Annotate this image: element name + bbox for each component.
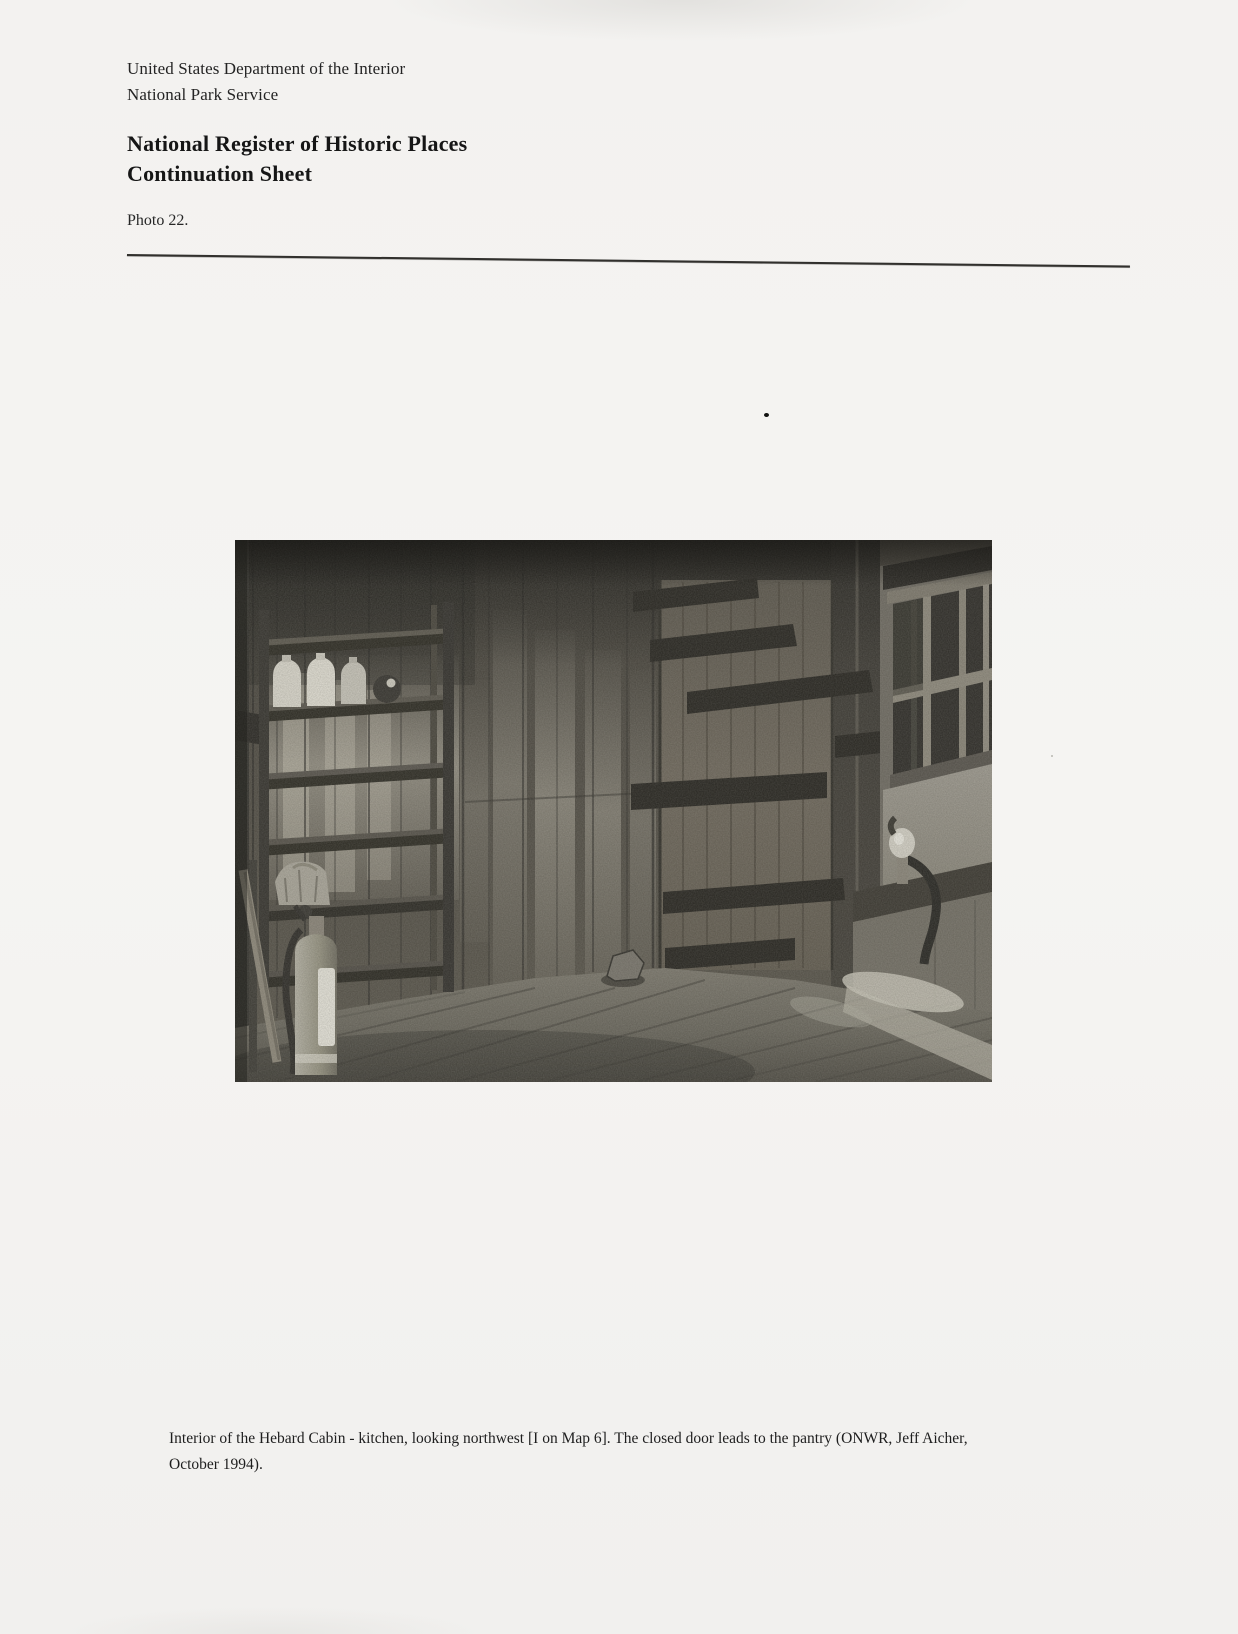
photo-illustration xyxy=(235,540,992,1082)
caption-line-2: October 1994). xyxy=(169,1452,968,1478)
photo xyxy=(235,540,992,1082)
agency-line-2: National Park Service xyxy=(127,82,405,108)
photo-grain-light xyxy=(235,540,992,1082)
form-title-line-2: Continuation Sheet xyxy=(127,159,467,189)
photo-caption: Interior of the Hebard Cabin - kitchen, … xyxy=(169,1426,968,1477)
form-title-block: National Register of Historic Places Con… xyxy=(127,129,467,189)
ink-speck xyxy=(764,413,769,417)
agency-block: United States Department of the Interior… xyxy=(127,56,405,108)
photo-label: Photo 22. xyxy=(127,212,188,230)
agency-line-1: United States Department of the Interior xyxy=(127,56,405,82)
caption-line-1: Interior of the Hebard Cabin - kitchen, … xyxy=(169,1426,968,1452)
horizontal-rule xyxy=(127,254,1130,268)
form-title-line-1: National Register of Historic Places xyxy=(127,129,467,159)
scanned-page: United States Department of the Interior… xyxy=(0,0,1238,1634)
faint-speck xyxy=(1051,755,1053,757)
